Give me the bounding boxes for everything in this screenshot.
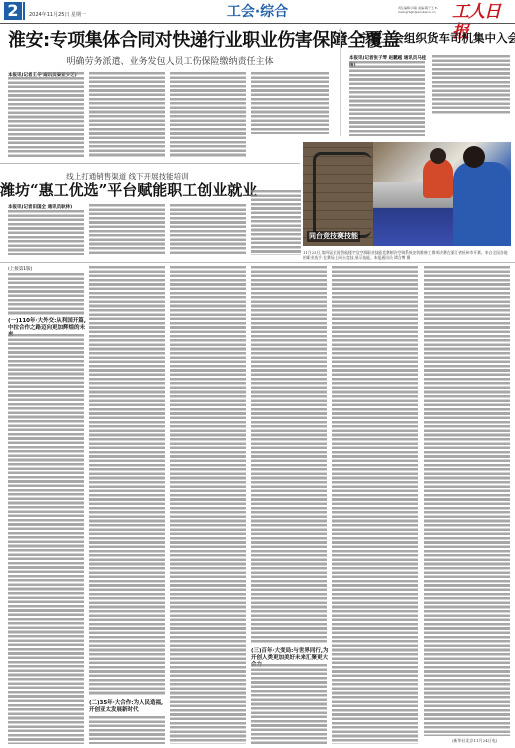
side-text-col-1: [349, 61, 425, 136]
photo-person-head: [430, 148, 446, 164]
feature-text-col-6: [424, 266, 510, 736]
news-photo[interactable]: 同台竞技赛技能: [303, 142, 511, 246]
feature-text-col-2: [89, 266, 165, 696]
photo-pipes: [313, 152, 371, 238]
masthead-rule: [0, 23, 515, 24]
second-text-col-4: [251, 190, 301, 255]
column-divider: [340, 28, 341, 136]
second-text-col-2: [89, 204, 165, 255]
section-rule: [0, 163, 300, 164]
second-text-col-1: [8, 210, 84, 255]
lead-text-col-1: [8, 77, 84, 158]
feature-subhead-2: (二)35年·大合作:为人民造福,开创亚太发展新时代: [89, 700, 167, 714]
feature-text-col-4b: [251, 664, 327, 744]
lead-text-col-4: [251, 72, 329, 134]
photo-person-head: [463, 146, 485, 168]
lead-subheadline: 明确劳务派遣、业务发包人员工伤保险缴纳责任主体: [0, 57, 340, 68]
second-text-col-3: [170, 204, 246, 255]
second-kicker: 线上打通销售渠道 线下开展技能培训: [0, 172, 255, 181]
editor-contact: 责任编辑:肖聪 美编:陶子王 E-mail:grbgh@workercn.cn: [398, 6, 448, 14]
lead-text-col-1a: [38, 72, 84, 76]
lead-text-col-3: [170, 72, 246, 158]
feature-dateline: (新华社北京11月24日电): [452, 738, 497, 743]
feature-text-col-5: [332, 266, 418, 744]
feature-text-col-1a: [8, 273, 84, 315]
lead-text-col-2: [89, 72, 165, 158]
feature-text-col-3: [170, 266, 246, 744]
feature-rule: [0, 262, 515, 263]
photo-person: [453, 162, 511, 246]
photo-person: [423, 158, 453, 198]
second-headline[interactable]: 潍坊“惠工优选”平台赋能职工创业就业: [0, 181, 255, 199]
feature-text-col-1: [8, 334, 84, 744]
feature-continued: (上接第1版): [8, 266, 32, 273]
side-headline[interactable]: 宁夏工会组织货车司机集中入会: [358, 31, 515, 45]
side-text-col-2: [432, 55, 510, 115]
feature-text-col-4: [251, 266, 327, 644]
photo-caption: 11月23日,第四届全国智能楼宇及空调职业技能竞赛制冷空调系统安装维修工赛项决赛…: [303, 250, 511, 260]
photo-label: 同台竞技赛技能: [307, 231, 360, 242]
feature-text-col-2b: [89, 716, 165, 744]
